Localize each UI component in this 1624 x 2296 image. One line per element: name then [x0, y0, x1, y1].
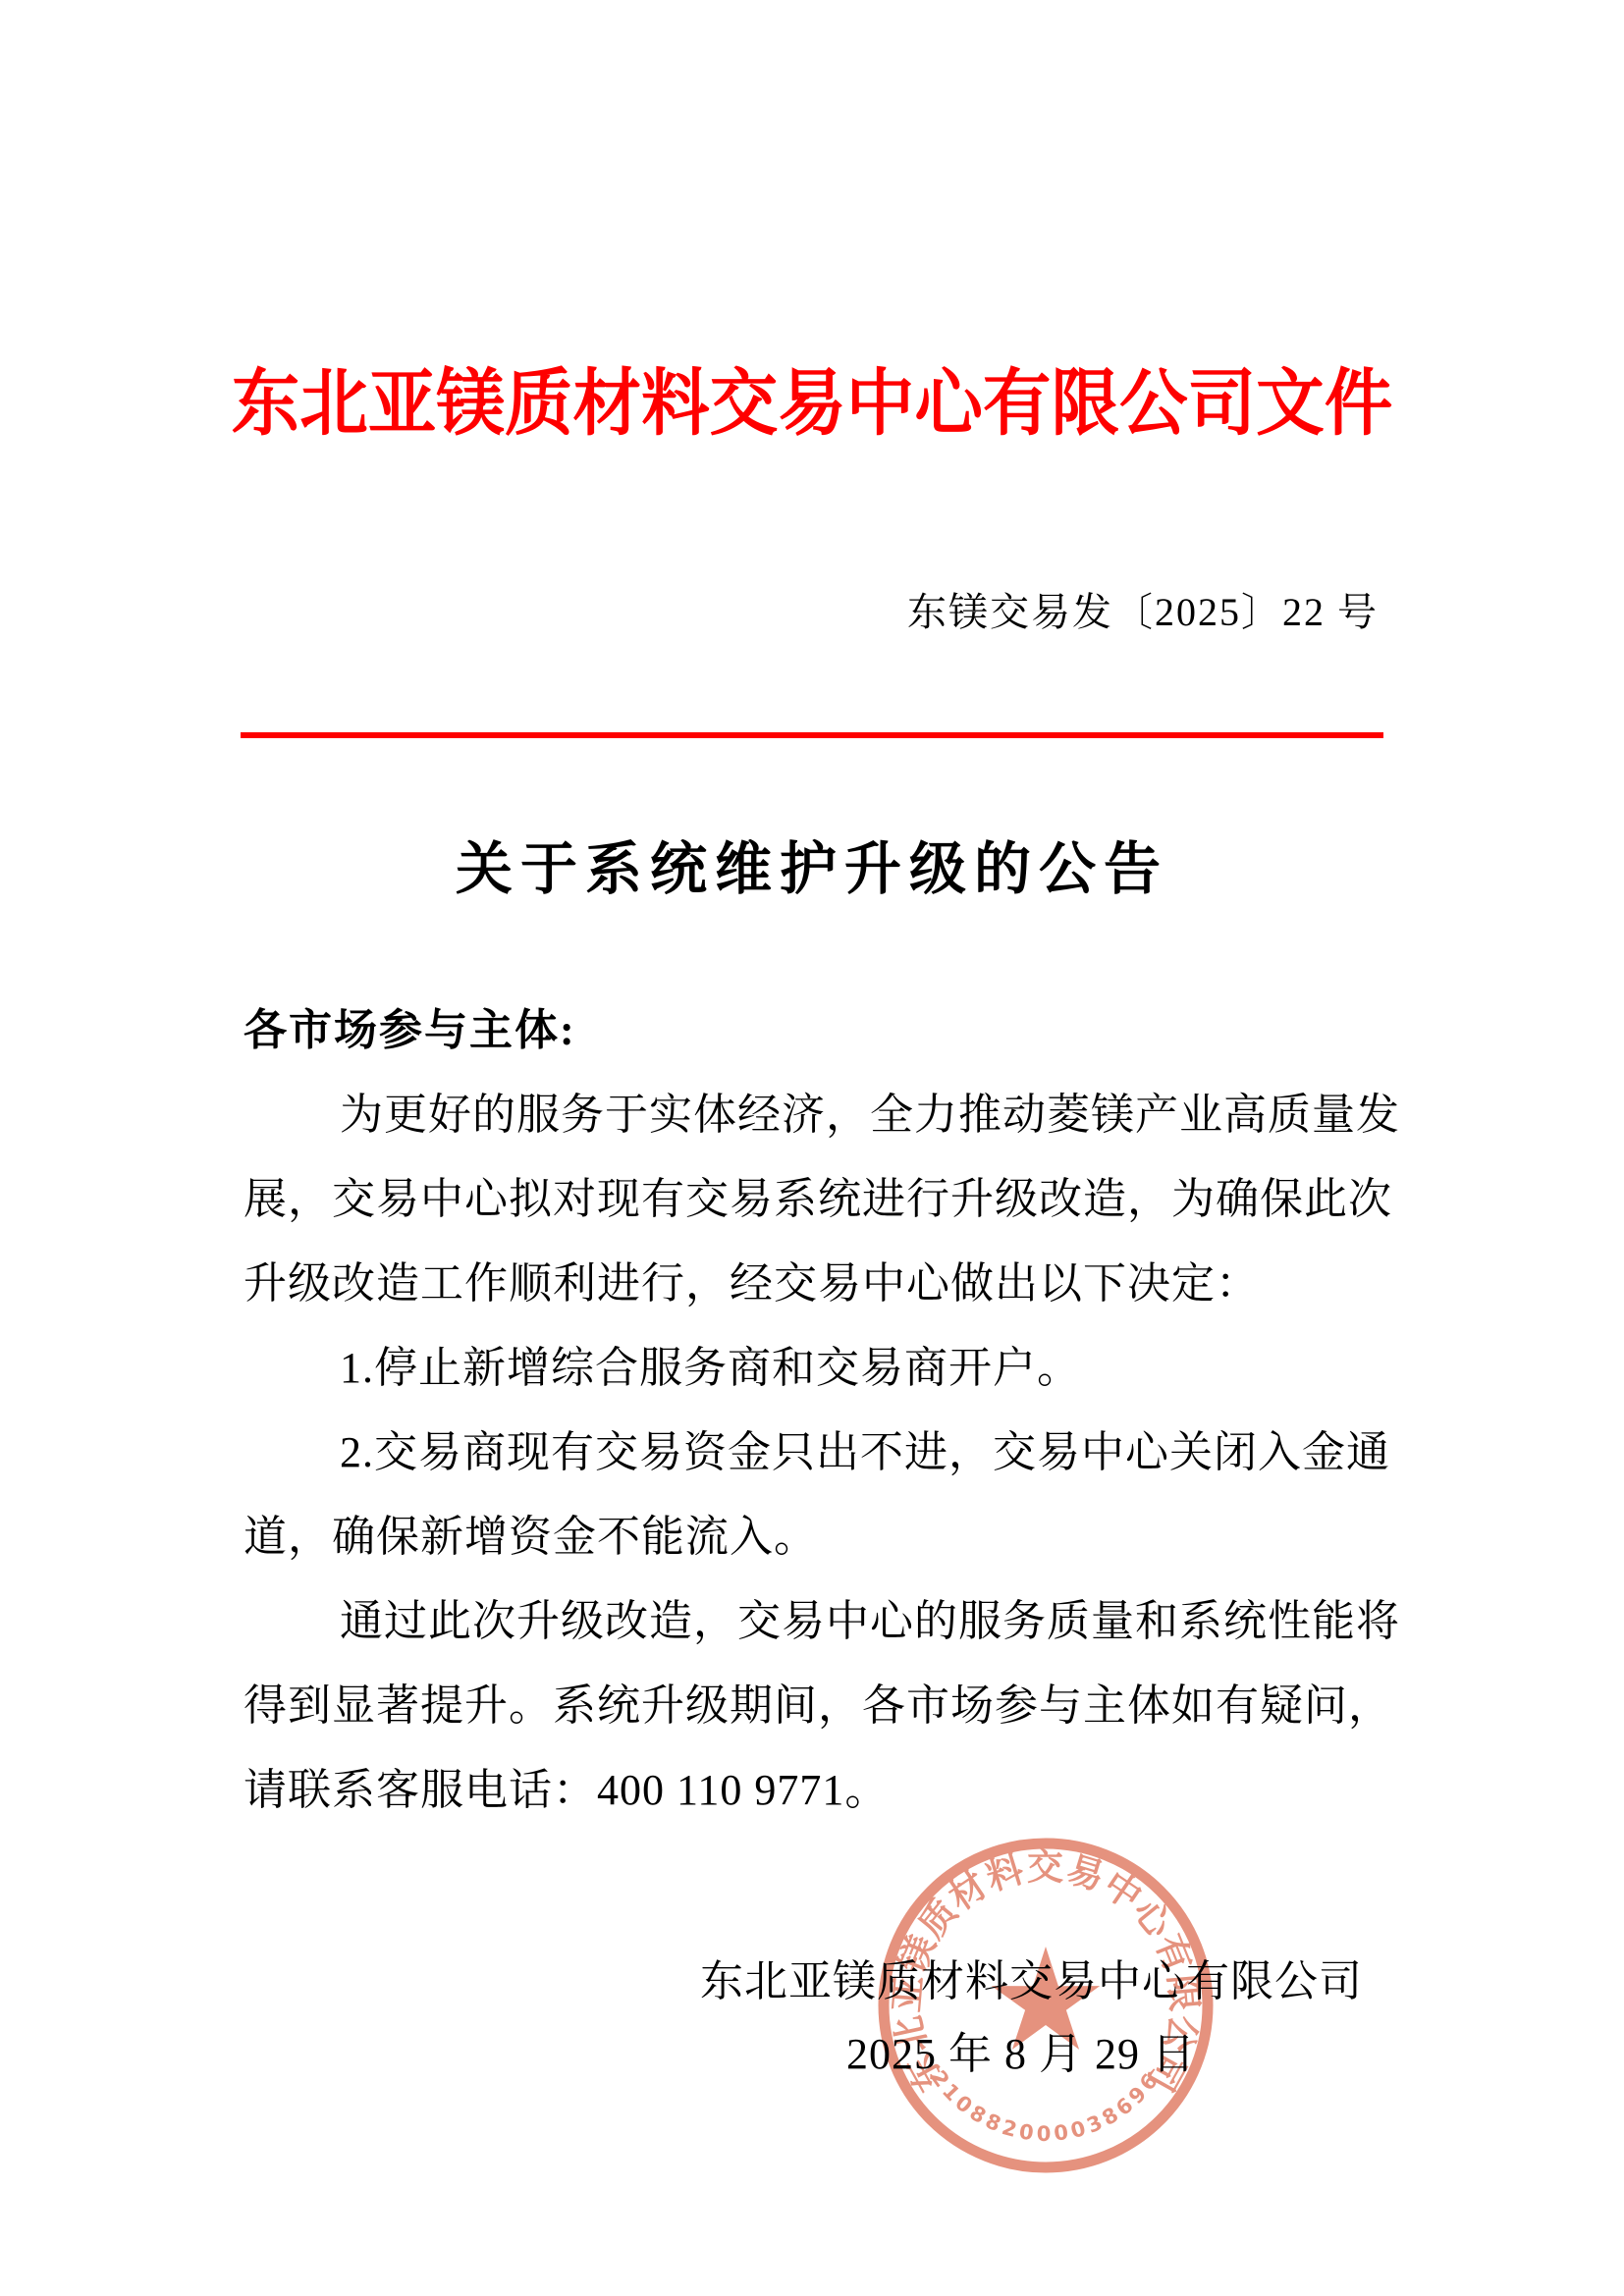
body-line: 展，交易中心拟对现有交易系统进行升级改造，为确保此次: [244, 1157, 1392, 1242]
red-divider-line: [241, 732, 1383, 738]
body-line: 道，确保新增资金不能流入。: [244, 1495, 1392, 1579]
body-line: 为更好的服务于实体经济，全力推动菱镁产业高质量发: [244, 1073, 1392, 1157]
seal-serial-number: 210882000038696: [927, 2066, 1165, 2146]
body-line: 1.停止新增综合服务商和交易商开户。: [244, 1326, 1392, 1411]
document-body: 各市场参与主体:为更好的服务于实体经济，全力推动菱镁产业高质量发展，交易中心拟对…: [244, 988, 1392, 1833]
body-line: 升级改造工作顺利进行，经交易中心做出以下决定：: [244, 1242, 1392, 1326]
svg-text:210882000038696: 210882000038696: [927, 2066, 1165, 2146]
body-line: 请联系客服电话：400 110 9771。: [244, 1748, 1392, 1833]
seal-star-icon: [992, 1947, 1100, 2050]
body-line: 2.交易商现有交易资金只出不进，交易中心关闭入金通: [244, 1411, 1392, 1495]
document-number: 东镁交易发〔2025〕22 号: [907, 581, 1379, 637]
announcement-title: 关于系统维护升级的公告: [0, 823, 1624, 905]
company-seal: 东北亚镁质材料交易中心有限公司 210882000038696: [869, 1829, 1222, 2182]
body-line: 各市场参与主体:: [244, 988, 1392, 1073]
document-page: 东北亚镁质材料交易中心有限公司文件 东镁交易发〔2025〕22 号 关于系统维护…: [0, 0, 1624, 2296]
document-header-title: 东北亚镁质材料交易中心有限公司文件: [49, 346, 1576, 450]
body-line: 得到显著提升。系统升级期间，各市场参与主体如有疑问，: [244, 1664, 1392, 1748]
body-line: 通过此次升级改造，交易中心的服务质量和系统性能将: [244, 1579, 1392, 1664]
